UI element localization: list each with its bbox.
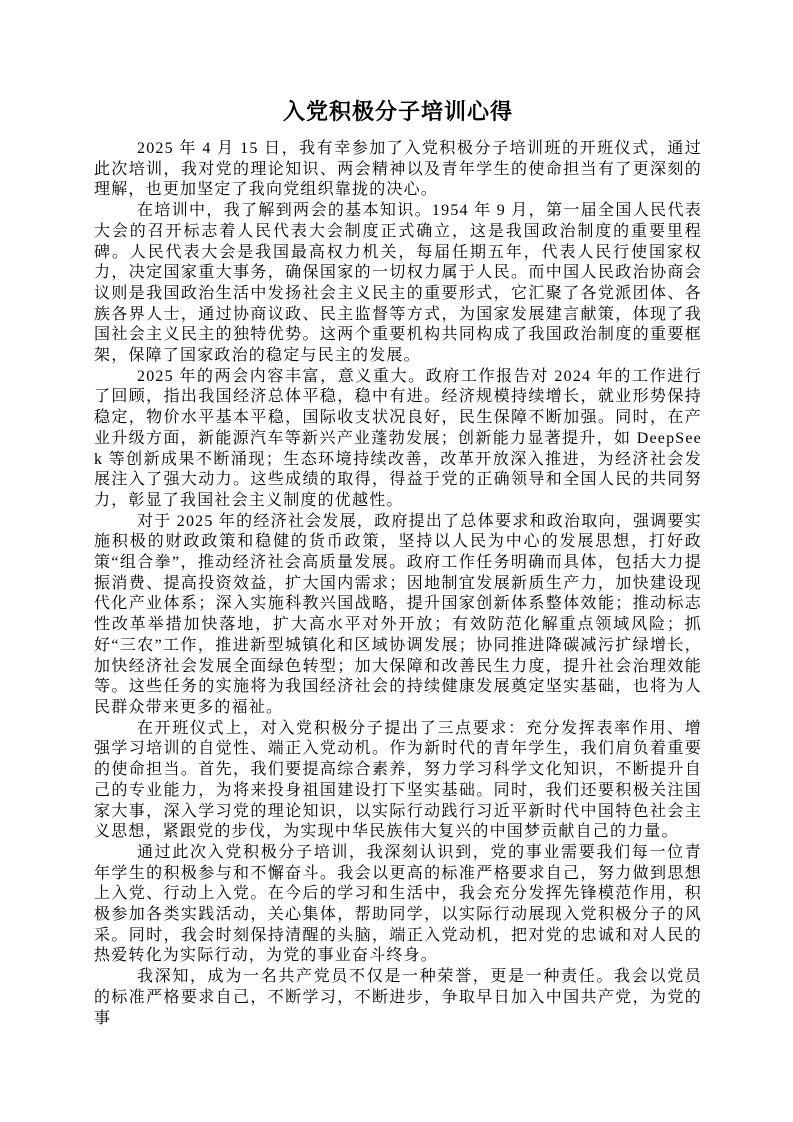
paragraph-5: 在开班仪式上，对入党积极分子提出了三点要求：充分发挥表率作用、增强学习培训的自觉…	[94, 719, 702, 843]
paragraph-7: 我深知，成为一名共产党员不仅是一种荣誉，更是一种责任。我会以党员的标准严格要求自…	[94, 967, 702, 1029]
paragraph-2: 在培训中，我了解到两会的基本知识。1954 年 9 月，第一届全国人民代表大会的…	[94, 201, 702, 367]
paragraph-1: 2025 年 4 月 15 日，我有幸参加了入党积极分子培训班的开班仪式，通过此…	[94, 139, 702, 201]
paragraph-6: 通过此次入党积极分子培训，我深刻认识到，党的事业需要我们每一位青年学生的积极参与…	[94, 843, 702, 967]
paragraph-3: 2025 年的两会内容丰富，意义重大。政府工作报告对 2024 年的工作进行了回…	[94, 367, 702, 512]
document-content: 入党积极分子培训心得 2025 年 4 月 15 日，我有幸参加了入党积极分子培…	[94, 97, 702, 1029]
document-title: 入党积极分子培训心得	[94, 97, 702, 127]
document-page: 入党积极分子培训心得 2025 年 4 月 15 日，我有幸参加了入党积极分子培…	[0, 0, 793, 1122]
paragraph-4: 对于 2025 年的经济社会发展，政府提出了总体要求和政治取向，强调要实施积极的…	[94, 512, 702, 719]
